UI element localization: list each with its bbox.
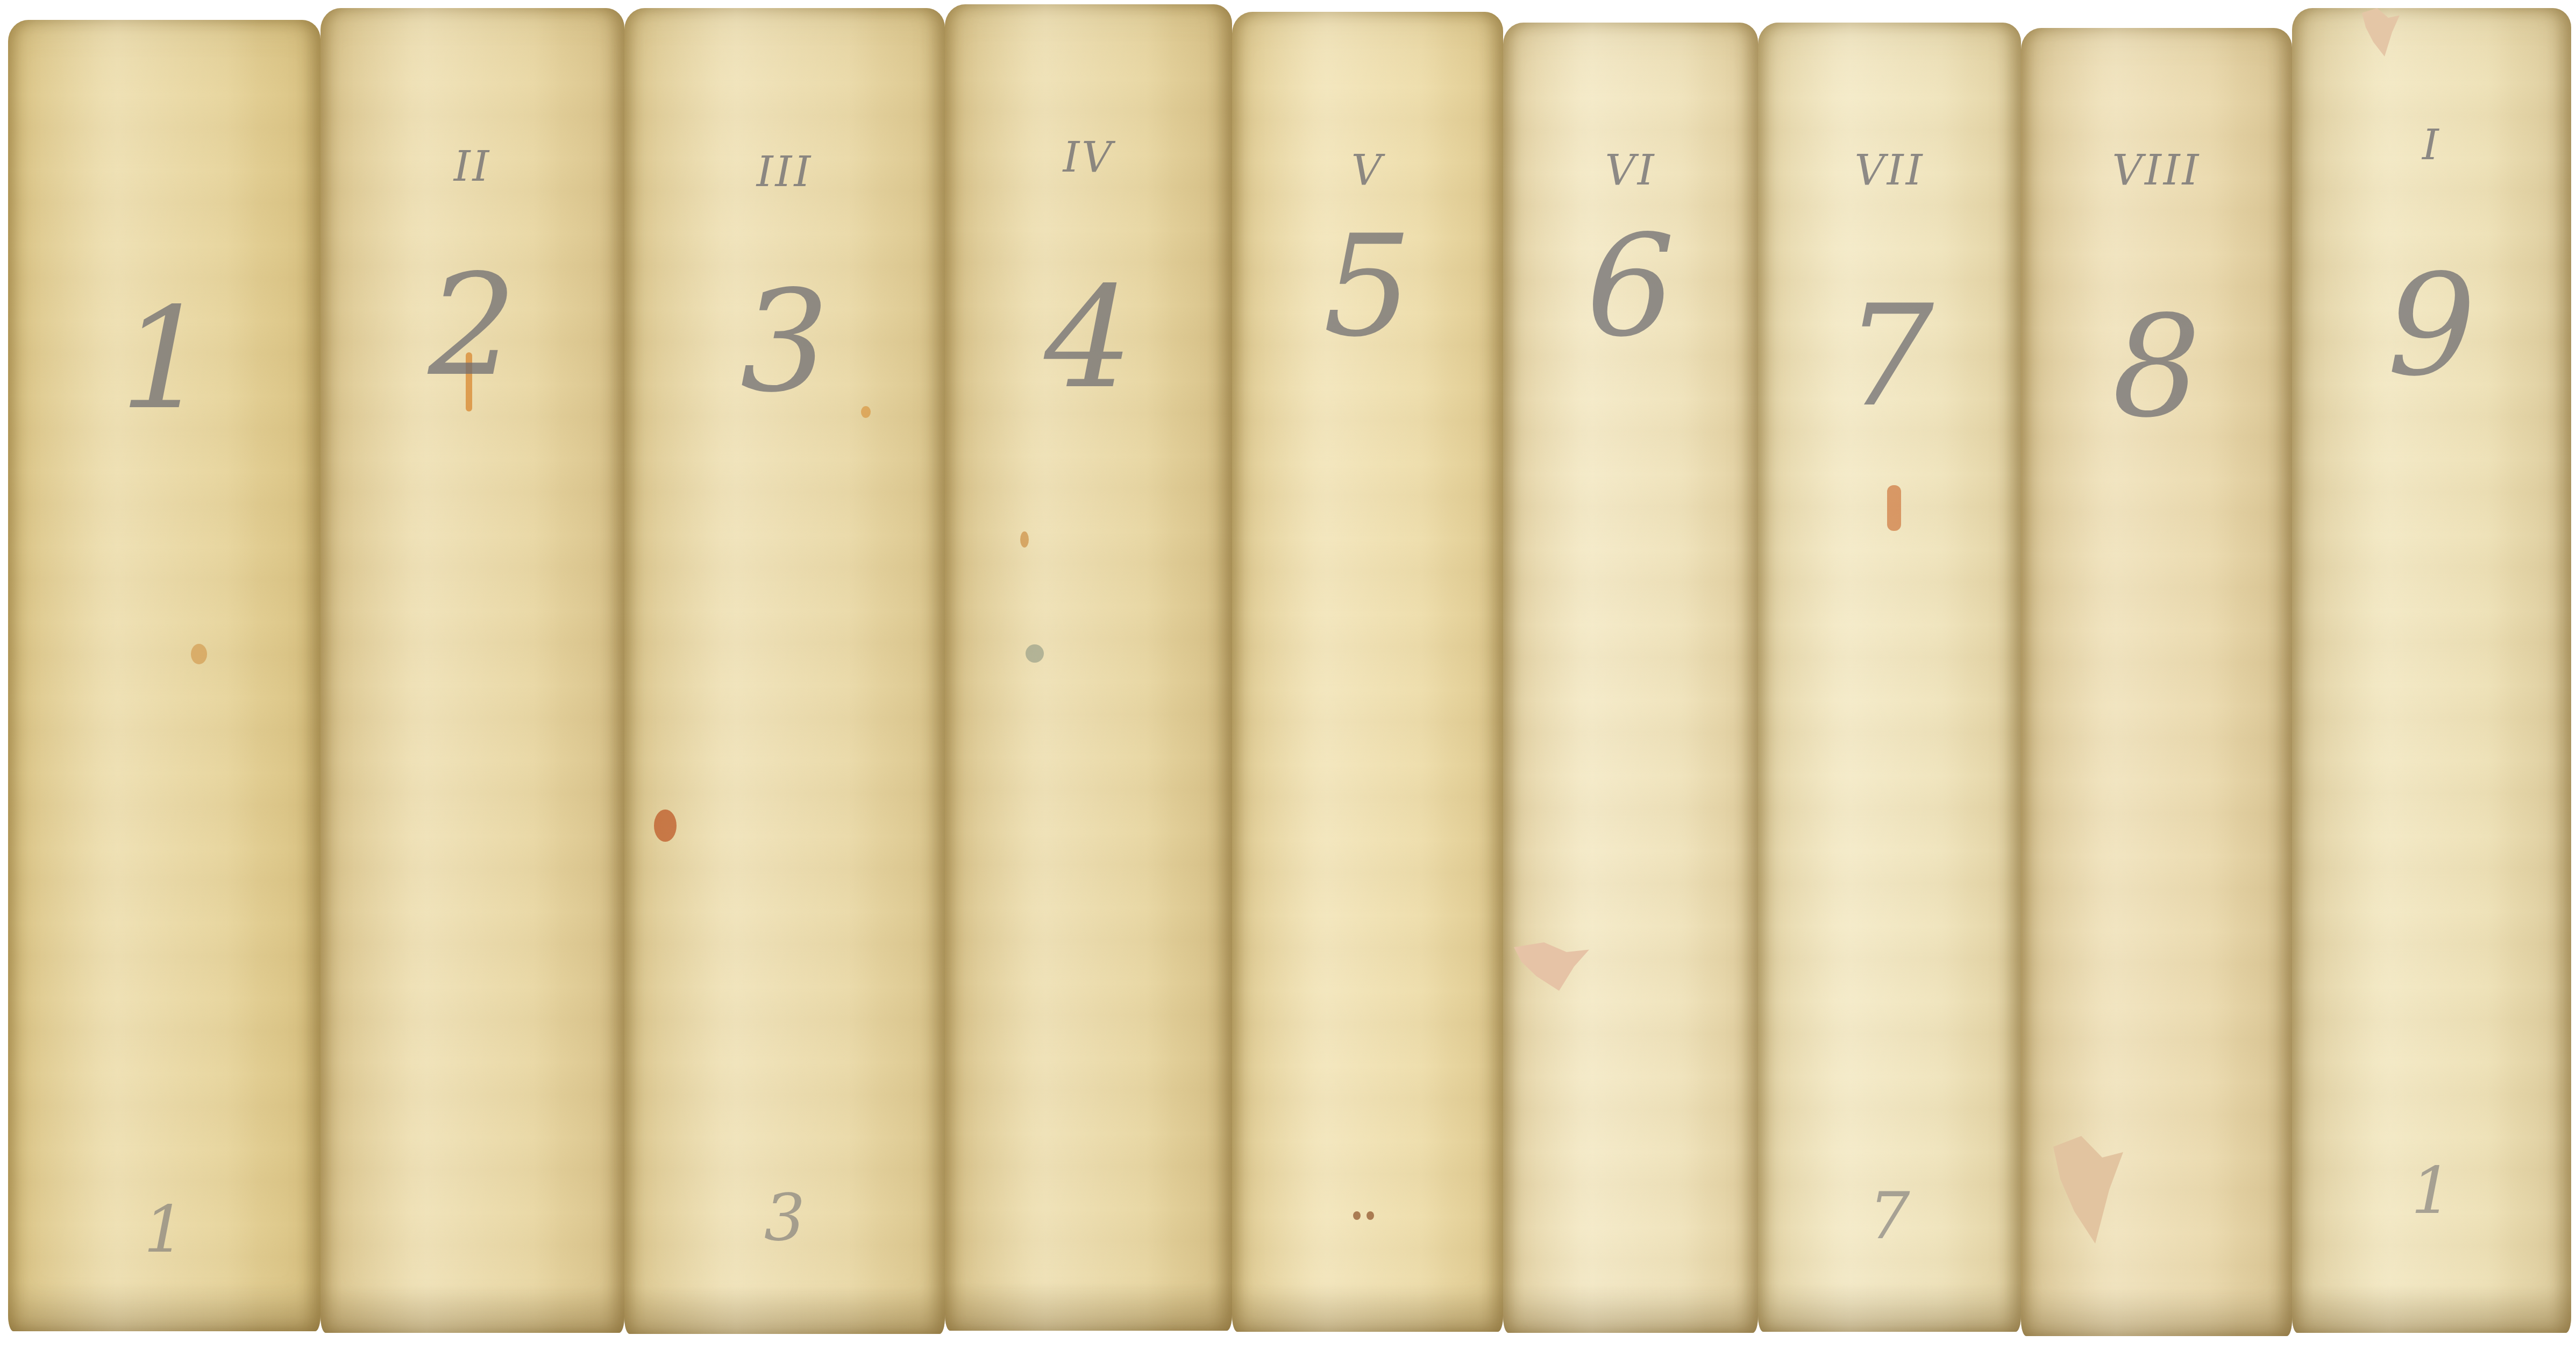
spine-volume-number: 7 [1758, 275, 2021, 438]
spine-roman-numeral: V [1232, 146, 1503, 195]
stain-spot [191, 644, 207, 664]
spine-foot-number: 3 [624, 1181, 945, 1255]
spine-volume-number: 6 [1503, 205, 1758, 368]
spine-volume-number: 4 [945, 257, 1232, 420]
book-spine-volume-2: II 2 [321, 8, 624, 1333]
vellum-tear [2362, 8, 2400, 56]
spine-foot-number: 7 [1758, 1179, 2021, 1254]
spine-roman-numeral: VII [1758, 146, 2021, 195]
stain-spot [1367, 1211, 1374, 1220]
stain-spot [1020, 531, 1029, 548]
spine-volume-number: 1 [8, 278, 321, 441]
vellum-tear [1514, 942, 1589, 991]
stain-spot [1353, 1211, 1361, 1220]
book-spine-volume-8: VIII 8 [2021, 28, 2292, 1336]
spine-roman-numeral: I [2292, 121, 2571, 169]
spine-foot-number: 1 [2292, 1154, 2571, 1229]
spine-volume-number: 2 [321, 245, 624, 407]
book-spine-volume-5: V 5 [1232, 12, 1503, 1332]
spine-roman-numeral: VI [1503, 146, 1758, 195]
book-spine-volume-6: VI 6 [1503, 23, 1758, 1333]
spine-volume-number: 8 [2021, 286, 2292, 449]
spine-roman-numeral: IV [945, 133, 1232, 182]
stain-spot [654, 810, 677, 842]
spine-foot-number: 1 [8, 1192, 321, 1267]
book-spine-volume-3: III 3 3 [624, 8, 945, 1334]
spine-roman-numeral: II [321, 143, 624, 191]
book-spine-volume-7: VII 7 7 [1758, 23, 2021, 1332]
stain-streak [1887, 485, 1901, 531]
book-spine-row: 1 1 II 2 III 3 3 IV 4 V 5 VI 6 VII 7 [0, 0, 2576, 1349]
vellum-tear [2053, 1136, 2123, 1244]
stain-spot [1026, 644, 1044, 663]
spine-volume-number: 5 [1232, 205, 1503, 368]
book-spine-volume-9: I 9 1 [2292, 8, 2571, 1333]
book-spine-volume-4: IV 4 [945, 4, 1232, 1331]
spine-volume-number: 3 [624, 261, 945, 423]
spine-roman-numeral: VIII [2021, 146, 2292, 195]
spine-roman-numeral: III [624, 148, 945, 196]
book-spine-volume-1: 1 1 [8, 20, 321, 1331]
spine-volume-number: 9 [2292, 245, 2571, 407]
